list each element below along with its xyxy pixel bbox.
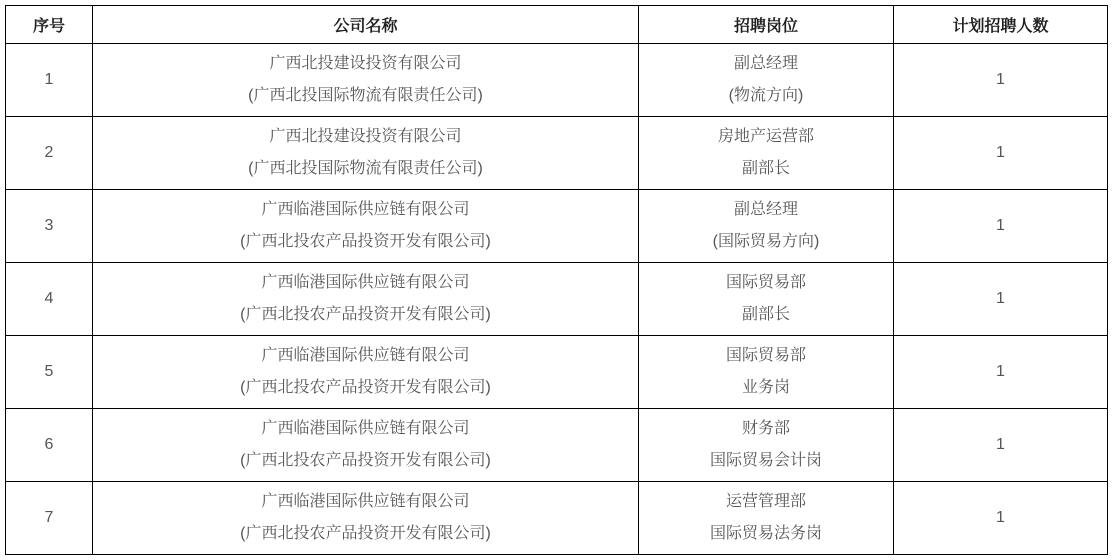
table-row: 2 广西北投建设投资有限公司 (广西北投国际物流有限责任公司) 房地产运营部 副… — [6, 117, 1108, 190]
cell-company: 广西临港国际供应链有限公司 (广西北投农产品投资开发有限公司) — [93, 482, 639, 555]
table-row: 7 广西临港国际供应链有限公司 (广西北投农产品投资开发有限公司) 运营管理部 … — [6, 482, 1108, 555]
table-row: 5 广西临港国际供应链有限公司 (广西北投农产品投资开发有限公司) 国际贸易部 … — [6, 336, 1108, 409]
position-line-2: 业务岗 — [639, 372, 893, 404]
company-line-2: (广西北投农产品投资开发有限公司) — [93, 299, 638, 331]
header-cell-company: 公司名称 — [93, 6, 639, 44]
cell-company: 广西临港国际供应链有限公司 (广西北投农产品投资开发有限公司) — [93, 190, 639, 263]
company-line-1: 广西临港国际供应链有限公司 — [93, 194, 638, 226]
cell-index: 7 — [6, 482, 93, 555]
cell-index: 3 — [6, 190, 93, 263]
position-line-2: (国际贸易方向) — [639, 226, 893, 258]
position-line-1: 财务部 — [639, 413, 893, 445]
cell-count: 1 — [894, 409, 1108, 482]
table-row: 3 广西临港国际供应链有限公司 (广西北投农产品投资开发有限公司) 副总经理 (… — [6, 190, 1108, 263]
cell-position: 财务部 国际贸易会计岗 — [639, 409, 894, 482]
position-line-2: 副部长 — [639, 153, 893, 185]
cell-company: 广西临港国际供应链有限公司 (广西北投农产品投资开发有限公司) — [93, 409, 639, 482]
cell-company: 广西北投建设投资有限公司 (广西北投国际物流有限责任公司) — [93, 117, 639, 190]
cell-count: 1 — [894, 482, 1108, 555]
cell-company: 广西临港国际供应链有限公司 (广西北投农产品投资开发有限公司) — [93, 263, 639, 336]
position-line-1: 副总经理 — [639, 194, 893, 226]
cell-index: 5 — [6, 336, 93, 409]
table-row: 4 广西临港国际供应链有限公司 (广西北投农产品投资开发有限公司) 国际贸易部 … — [6, 263, 1108, 336]
company-line-1: 广西临港国际供应链有限公司 — [93, 267, 638, 299]
cell-index: 6 — [6, 409, 93, 482]
cell-position: 房地产运营部 副部长 — [639, 117, 894, 190]
recruitment-table: 序号 公司名称 招聘岗位 计划招聘人数 1 广西北投建设投资有限公司 (广西北投… — [5, 5, 1108, 555]
cell-count: 1 — [894, 263, 1108, 336]
header-cell-index: 序号 — [6, 6, 93, 44]
position-line-2: 国际贸易会计岗 — [639, 445, 893, 477]
cell-count: 1 — [894, 44, 1108, 117]
cell-position: 运营管理部 国际贸易法务岗 — [639, 482, 894, 555]
position-line-2: 国际贸易法务岗 — [639, 518, 893, 550]
header-row: 序号 公司名称 招聘岗位 计划招聘人数 — [6, 6, 1108, 44]
company-line-1: 广西临港国际供应链有限公司 — [93, 486, 638, 518]
company-line-1: 广西北投建设投资有限公司 — [93, 48, 638, 80]
cell-count: 1 — [894, 117, 1108, 190]
cell-position: 国际贸易部 副部长 — [639, 263, 894, 336]
position-line-1: 运营管理部 — [639, 486, 893, 518]
position-line-2: (物流方向) — [639, 80, 893, 112]
company-line-2: (广西北投农产品投资开发有限公司) — [93, 226, 638, 258]
cell-position: 副总经理 (国际贸易方向) — [639, 190, 894, 263]
position-line-2: 副部长 — [639, 299, 893, 331]
cell-company: 广西临港国际供应链有限公司 (广西北投农产品投资开发有限公司) — [93, 336, 639, 409]
company-line-1: 广西临港国际供应链有限公司 — [93, 340, 638, 372]
company-line-2: (广西北投农产品投资开发有限公司) — [93, 518, 638, 550]
position-line-1: 副总经理 — [639, 48, 893, 80]
company-line-2: (广西北投农产品投资开发有限公司) — [93, 372, 638, 404]
company-line-2: (广西北投农产品投资开发有限公司) — [93, 445, 638, 477]
company-line-2: (广西北投国际物流有限责任公司) — [93, 80, 638, 112]
position-line-1: 国际贸易部 — [639, 340, 893, 372]
company-line-1: 广西临港国际供应链有限公司 — [93, 413, 638, 445]
cell-count: 1 — [894, 190, 1108, 263]
cell-count: 1 — [894, 336, 1108, 409]
cell-position: 副总经理 (物流方向) — [639, 44, 894, 117]
position-line-1: 国际贸易部 — [639, 267, 893, 299]
cell-position: 国际贸易部 业务岗 — [639, 336, 894, 409]
cell-index: 4 — [6, 263, 93, 336]
company-line-1: 广西北投建设投资有限公司 — [93, 121, 638, 153]
company-line-2: (广西北投国际物流有限责任公司) — [93, 153, 638, 185]
header-cell-count: 计划招聘人数 — [894, 6, 1108, 44]
header-cell-position: 招聘岗位 — [639, 6, 894, 44]
cell-index: 2 — [6, 117, 93, 190]
position-line-1: 房地产运营部 — [639, 121, 893, 153]
cell-company: 广西北投建设投资有限公司 (广西北投国际物流有限责任公司) — [93, 44, 639, 117]
table-row: 6 广西临港国际供应链有限公司 (广西北投农产品投资开发有限公司) 财务部 国际… — [6, 409, 1108, 482]
cell-index: 1 — [6, 44, 93, 117]
table-row: 1 广西北投建设投资有限公司 (广西北投国际物流有限责任公司) 副总经理 (物流… — [6, 44, 1108, 117]
